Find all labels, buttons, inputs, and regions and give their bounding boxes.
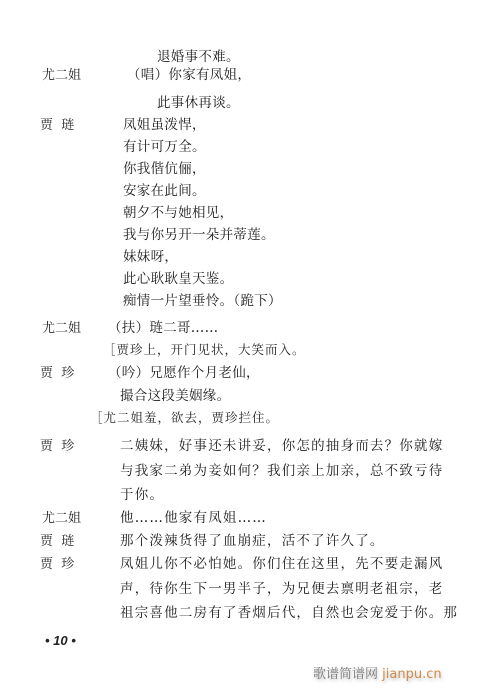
dialogue-line: 我与你另开一朵并蒂莲。 xyxy=(123,226,275,244)
dialogue-line: 祖宗喜他二房有了香烟后代，自然也会宠爱于你。那 xyxy=(120,604,458,622)
dialogue-line: 凤姐儿你不必怕她。你们住在这里，先不要走漏风 xyxy=(120,555,443,573)
dialogue-line: 与我家二弟为妾如何？我们亲上加亲，总不致亏待 xyxy=(120,462,443,480)
dialogue-line: （吟）兄愿作个月老仙， xyxy=(108,364,260,382)
speaker-label: 尤二姐 xyxy=(42,320,81,338)
dialogue-line: 朝夕不与她相见， xyxy=(123,204,233,222)
dialogue-line: 此心耿耿皇天鉴。 xyxy=(123,270,233,288)
speaker-label: 贾 琏 xyxy=(40,533,74,551)
page-number: • 10 • xyxy=(45,633,76,648)
dialogue-line: （唱）你家有凤姐， xyxy=(127,66,251,84)
dialogue-line: 有计可万全。 xyxy=(123,138,206,156)
dialogue-line: 你我偕伉俪， xyxy=(123,160,206,178)
speaker-label: 贾 琏 xyxy=(40,117,74,135)
dialogue-line: 痴情一片望垂怜。（跪下） xyxy=(123,292,282,310)
dialogue-line: 安家在此间。 xyxy=(123,182,206,200)
dialogue-line: 声，待你生下一男半子，为兄便去禀明老祖宗，老 xyxy=(120,580,443,598)
dialogue-line: 于你。 xyxy=(120,486,164,504)
speaker-label: 尤二姐 xyxy=(42,510,81,528)
dialogue-line: 此事休再谈。 xyxy=(157,94,240,112)
watermark-site-name: 歌谱简谱网 xyxy=(313,667,378,682)
watermark: 歌谱简谱网 jianpu.cn xyxy=(313,663,442,682)
dialogue-line: 撮合这段美姻缘。 xyxy=(120,387,230,405)
stage-direction: ［尤二姐羞，欲去，贾珍拦住。 xyxy=(90,409,279,427)
dialogue-line: 那个泼辣货得了血崩症，活不了许久了。 xyxy=(120,532,385,550)
stage-direction: ［贾珍上，开门见状，大笑而入。 xyxy=(103,341,306,359)
dialogue-line: 凤姐虽泼悍， xyxy=(123,116,206,134)
speaker-label: 尤二姐 xyxy=(42,67,81,85)
speaker-label: 贾 珍 xyxy=(40,556,74,574)
watermark-url: jianpu.cn xyxy=(382,667,441,682)
speaker-label: 贾 珍 xyxy=(40,438,74,456)
speaker-label: 贾 珍 xyxy=(40,365,74,383)
dialogue-line: 妹妹呀， xyxy=(123,248,178,266)
dialogue-line: 他……他家有凤姐…… xyxy=(120,509,267,527)
dialogue-line: （扶）琏二哥…… xyxy=(108,319,218,337)
dialogue-line: 二姨妹，好事还未讲妥，你怎的抽身而去？你就嫁 xyxy=(120,437,443,455)
dialogue-line: 退婚事不难。 xyxy=(157,48,240,66)
